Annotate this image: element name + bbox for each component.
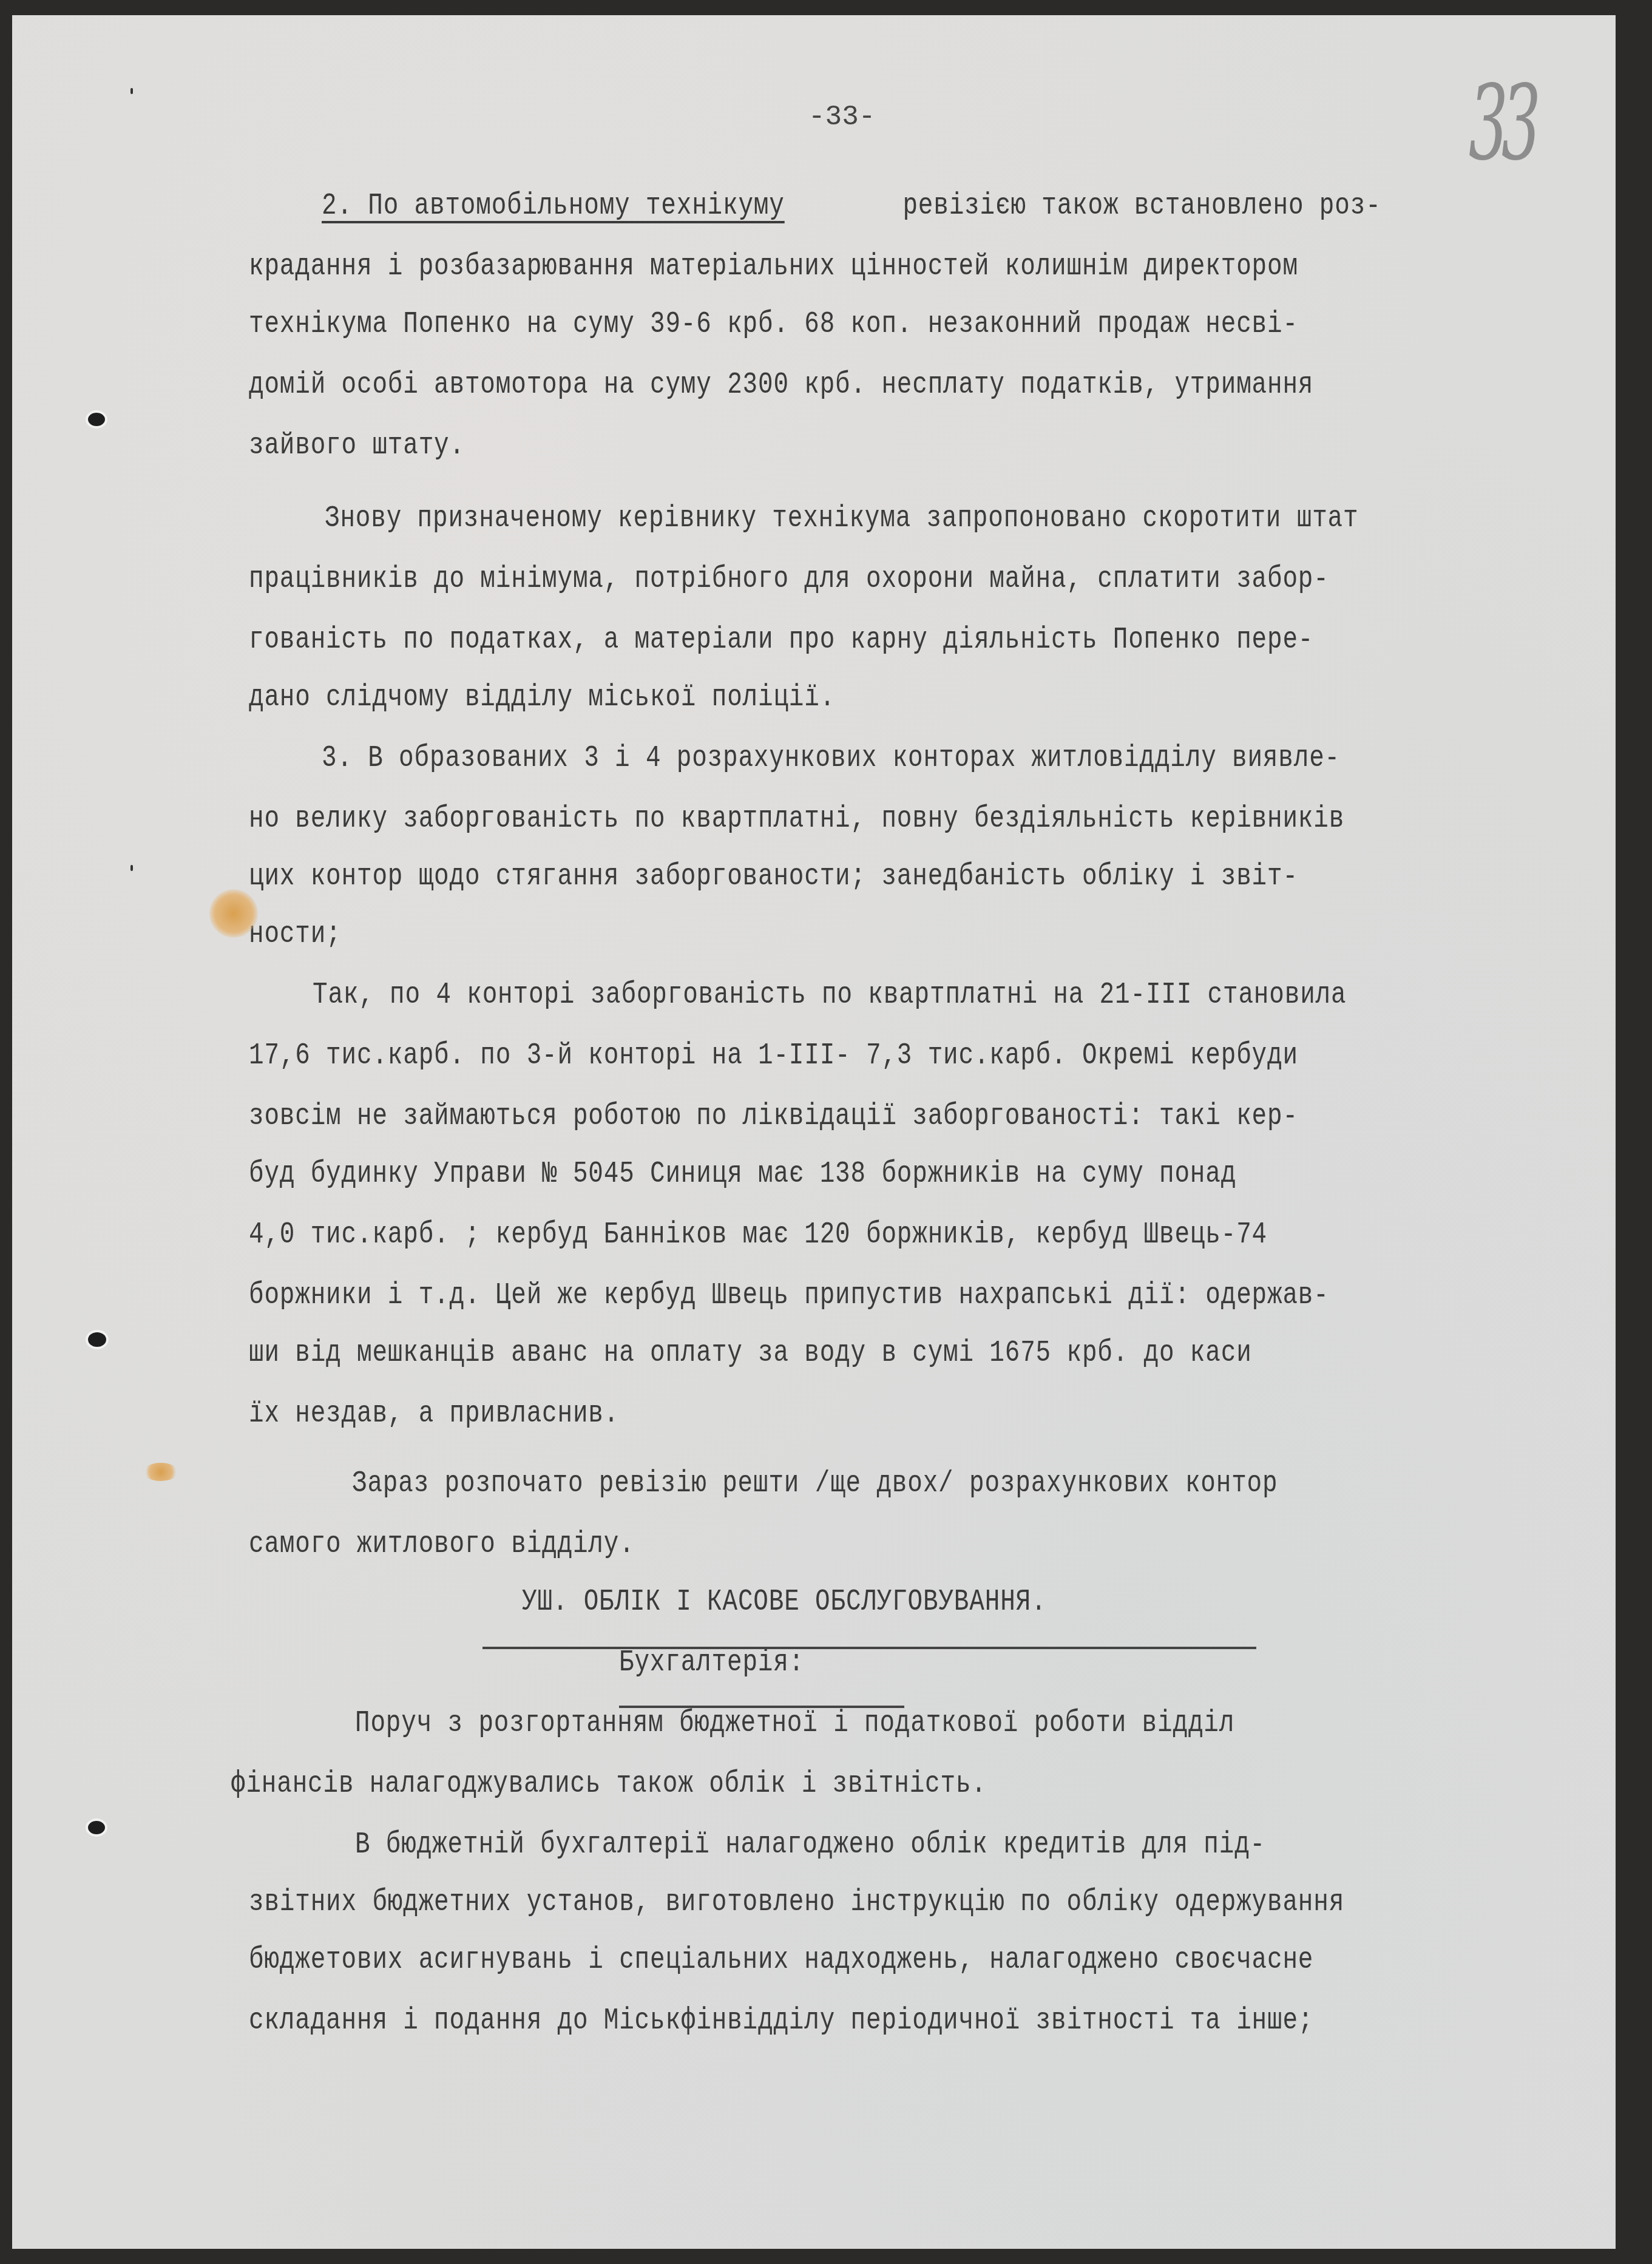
text-line-p5-l2: звітних бюджетних установ, виготовлено і…	[249, 1885, 1344, 1921]
text-line-sec8-title: УШ. ОБЛІК І КАСОВЕ ОБСЛУГОВУВАННЯ.	[522, 1584, 1046, 1621]
text-line-p2-l5: зайвого штату.	[249, 428, 465, 464]
text-line-p4-l1: Поруч з розгортанням бюджетної і податко…	[355, 1706, 1234, 1742]
text-line-p3b-l7: ши від мешканців аванс на оплату за воду…	[249, 1335, 1252, 1372]
text-line-p3c-l2: самого житлового відділу.	[249, 1527, 635, 1563]
subheading-underline	[619, 1706, 904, 1708]
text-line-p3b-l6: боржники і т.д. Цей же кербуд Швець прип…	[249, 1278, 1329, 1314]
page-number-typed: -33-	[808, 101, 875, 133]
text-line-p3b-l4: буд будинку Управи № 5045 Синиця має 138…	[249, 1156, 1236, 1193]
paper-speck	[130, 865, 133, 871]
punch-hole	[88, 413, 105, 426]
text-line-p5-l1: В бюджетній бухгалтерії налагоджено облі…	[355, 1827, 1265, 1863]
text-line-p2-l2: крадання і розбазарювання матеріальних ц…	[249, 249, 1298, 285]
text-line-p3b-l3: зовсім не займаються роботою по ліквідац…	[249, 1099, 1298, 1135]
folio-handwritten: 33	[1469, 64, 1534, 184]
document-page: -33- 33 2. По автомобільному технікуму р…	[12, 15, 1616, 2249]
text-line-p3c-l1: Зараз розпочато ревізію решти /ще двох/ …	[352, 1466, 1278, 1502]
text-line-p2b-l4: дано слідчому відділу міської поліції.	[249, 680, 835, 716]
text-line-p3b-l8: їх нездав, а привласнив.	[249, 1396, 619, 1432]
text-line-p2b-l3: гованість по податках, а матеріали про к…	[249, 622, 1313, 659]
text-line-p5-l4: складання і подання до Міськфінвідділу п…	[249, 2003, 1313, 2039]
text-line-p2-l1a: 2. По автомобільному технікуму	[322, 188, 785, 225]
text-line-p2b-l2: працівників до мінімума, потрібного для …	[249, 561, 1329, 598]
text-line-p3-l4: ности;	[249, 917, 342, 953]
text-line-p4-l2: фінансів налагоджувались також облік і з…	[231, 1766, 987, 1803]
text-line-p3-l3: цих контор щодо стягання заборгованости;…	[249, 859, 1298, 895]
text-line-p2b-l1: Знову призначеному керівнику технікума з…	[325, 501, 1358, 537]
section-heading-underline	[482, 1647, 1256, 1649]
text-line-p3b-l1: Так, по 4 конторі заборгованість по квар…	[313, 977, 1346, 1014]
text-line-p3-l1: 3. В образованих 3 і 4 розрахункових кон…	[322, 741, 1340, 777]
text-line-p3-l2: но велику заборгованість по квартплатні,…	[249, 801, 1344, 838]
rust-stain	[209, 889, 258, 938]
text-line-p5-l3: бюджетових асигнувань і спеціальних надх…	[249, 1942, 1313, 1979]
paper-speck	[130, 88, 133, 94]
text-line-sub-title: Бухгалтерія:	[619, 1645, 804, 1681]
text-line-p2-l1b: ревізією також встановлено роз-	[887, 188, 1381, 225]
punch-hole	[88, 1332, 106, 1347]
rust-stain	[143, 1463, 179, 1481]
text-line-p2-l4: домій особі автомотора на суму 2300 крб.…	[249, 367, 1313, 404]
punch-hole	[88, 1821, 105, 1834]
text-line-p3b-l2: 17,6 тис.карб. по 3-й конторі на 1-III- …	[249, 1038, 1298, 1074]
text-line-p2-l3: технікума Попенко на суму 39-6 крб. 68 к…	[249, 307, 1298, 343]
text-line-p3b-l5: 4,0 тис.карб. ; кербуд Банніков має 120 …	[249, 1217, 1267, 1253]
